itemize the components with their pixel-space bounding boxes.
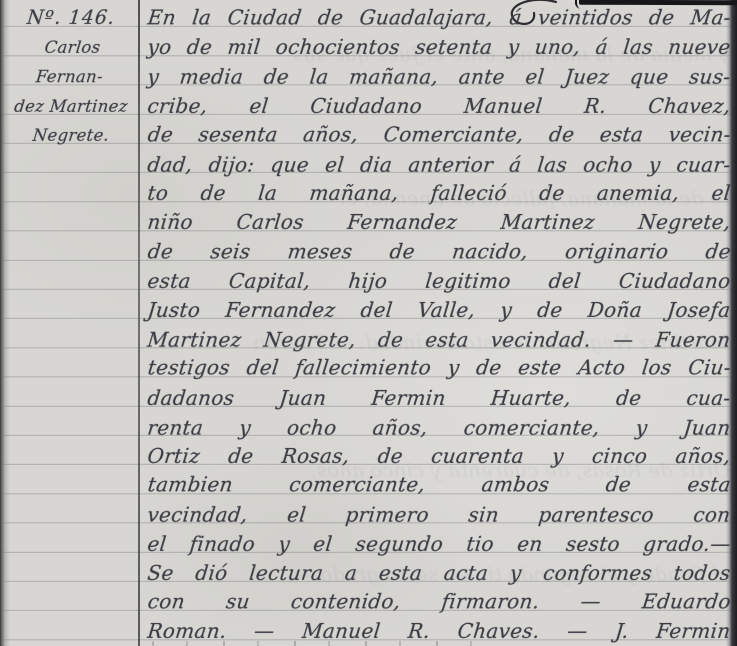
handwritten-line: dad, dijo: que el dia anterior á las och… — [146, 151, 732, 180]
record-body: En la Ciudad de Guadalajara, á veintidos… — [146, 4, 729, 646]
handwritten-line: En la Ciudad de Guadalajara, á veintidos… — [146, 4, 733, 33]
handwritten-line: Ortiz de Rosas, de cuarenta y cinco años… — [146, 442, 732, 471]
margin-name-line: Negrete. — [6, 121, 135, 150]
handwritten-line: Martinez Negrete, de esta vecindad. — Fu… — [146, 326, 732, 355]
handwritten-line: vecindad, el primero sin parentesco con — [146, 501, 732, 530]
handwritten-line: tambien comerciante, ambos de esta — [146, 471, 733, 500]
handwritten-line: yo de mil ochocientos setenta y uno, á l… — [146, 33, 732, 62]
handwritten-line: de seis meses de nacido, originario de — [146, 237, 733, 266]
cutoff-next-line-fragment — [152, 641, 482, 646]
handwritten-line: dadanos Juan Fermin Huarte, de cua- — [146, 384, 732, 413]
handwritten-line: niño Carlos Fernandez Martinez Negrete, — [146, 208, 732, 237]
handwritten-line: el finado y el segundo tio en sesto grad… — [146, 530, 732, 559]
handwritten-line: to de la mañana, falleció de anemia, el — [146, 179, 732, 208]
handwritten-line: cribe, el Ciudadano Manuel R. Chavez, — [146, 92, 732, 121]
margin-name-line: Carlos Fernan- — [5, 33, 137, 91]
handwritten-line: y media de la mañana, ante el Juez que s… — [146, 63, 732, 92]
handwritten-line: testigos del fallecimiento y de este Act… — [146, 354, 733, 383]
handwritten-line: renta y ocho años, comerciante, y Juan — [146, 414, 732, 443]
register-page: y media de la mañana, ante el Juez que s… — [0, 0, 737, 646]
handwritten-line: Justo Fernandez del Valle, y de Doña Jos… — [146, 296, 732, 325]
margin-column: Nº. 146. Carlos Fernan- dez Martinez Neg… — [8, 4, 134, 150]
margin-rule-line — [138, 0, 140, 646]
handwritten-line: de sesenta años, Comerciante, de esta ve… — [146, 120, 733, 149]
handwritten-line: esta Capital, hijo legitimo del Ciudadan… — [146, 267, 732, 296]
handwritten-line: con su contenido, firmaron. — Eduardo — [146, 588, 733, 617]
margin-name-line: dez Martinez — [6, 92, 135, 121]
record-number: Nº. 146. — [6, 4, 135, 33]
handwritten-line: Se dió lectura a esta acta y conformes t… — [146, 559, 732, 588]
